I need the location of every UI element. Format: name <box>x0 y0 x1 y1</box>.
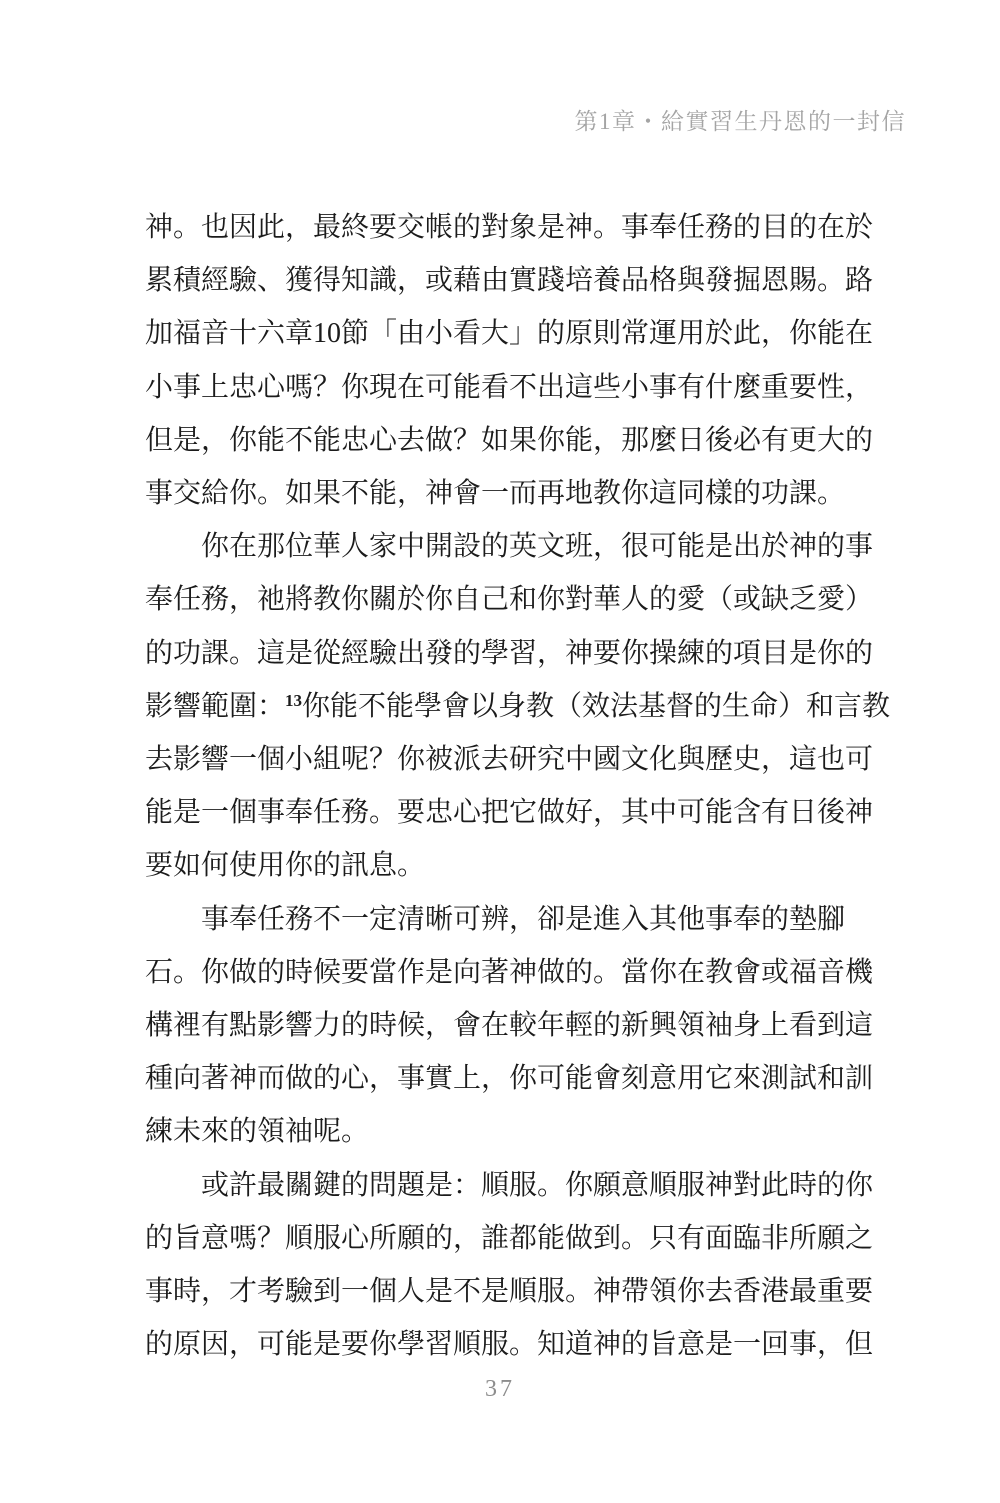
text-line: 要如何使用你的訊息。 <box>145 839 880 892</box>
paragraph: 神。也因此，最終要交帳的對象是神。事奉任務的目的在於累積經驗、獲得知識，或藉由實… <box>145 201 880 520</box>
text-segment: 你能不能學會以身教（效法基督的生命）和言教 <box>302 691 890 722</box>
text-line: 事奉任務不一定清晰可辨，卻是進入其他事奉的墊腳 <box>145 893 880 946</box>
paragraph: 事奉任務不一定清晰可辨，卻是進入其他事奉的墊腳石。你做的時候要當作是向著神做的。… <box>145 893 880 1159</box>
text-line: 事時，才考驗到一個人是不是順服。神帶領你去香港最重要 <box>145 1265 880 1318</box>
text-line: 的原因，可能是要你學習順服。知道神的旨意是一回事，但 <box>145 1318 880 1371</box>
running-header: 第1章・給實習生丹恩的一封信 <box>575 103 907 136</box>
text-line: 奉任務，祂將教你關於你自己和你對華人的愛（或缺乏愛） <box>145 573 880 626</box>
text-line: 但是，你能不能忠心去做？如果你能，那麼日後必有更大的 <box>145 414 880 467</box>
paragraph: 你在那位華人家中開設的英文班，很可能是出於神的事奉任務，祂將教你關於你自己和你對… <box>145 520 880 892</box>
text-line: 你在那位華人家中開設的英文班，很可能是出於神的事 <box>145 520 880 573</box>
text-line: 影響範圍：13你能不能學會以身教（效法基督的生命）和言教 <box>145 680 880 733</box>
text-line: 神。也因此，最終要交帳的對象是神。事奉任務的目的在於 <box>145 201 880 254</box>
text-line: 種向著神而做的心，事實上，你可能會刻意用它來測試和訓 <box>145 1052 880 1105</box>
text-line: 的功課。這是從經驗出發的學習，神要你操練的項目是你的 <box>145 627 880 680</box>
paragraph: 或許最關鍵的問題是：順服。你願意順服神對此時的你的旨意嗎？順服心所願的，誰都能做… <box>145 1159 880 1372</box>
text-segment: 影響範圍： <box>145 691 285 722</box>
text-line: 小事上忠心嗎？你現在可能看不出這些小事有什麼重要性， <box>145 361 880 414</box>
text-line: 的旨意嗎？順服心所願的，誰都能做到。只有面臨非所願之 <box>145 1212 880 1265</box>
text-line: 累積經驗、獲得知識，或藉由實踐培養品格與發掘恩賜。路 <box>145 254 880 307</box>
text-line: 去影響一個小組呢？你被派去研究中國文化與歷史，這也可 <box>145 733 880 786</box>
page-number: 37 <box>0 1376 1000 1403</box>
text-line: 或許最關鍵的問題是：順服。你願意順服神對此時的你 <box>145 1159 880 1212</box>
text-line: 加福音十六章10節「由小看大」的原則常運用於此，你能在 <box>145 307 880 360</box>
text-line: 石。你做的時候要當作是向著神做的。當你在教會或福音機 <box>145 946 880 999</box>
footnote-marker: 13 <box>285 691 302 710</box>
text-line: 事交給你。如果不能，神會一而再地教你這同樣的功課。 <box>145 467 880 520</box>
text-line: 練未來的領袖呢。 <box>145 1105 880 1158</box>
text-line: 能是一個事奉任務。要忠心把它做好，其中可能含有日後神 <box>145 786 880 839</box>
text-line: 構裡有點影響力的時候，會在較年輕的新興領袖身上看到這 <box>145 999 880 1052</box>
book-page: 第1章・給實習生丹恩的一封信 神。也因此，最終要交帳的對象是神。事奉任務的目的在… <box>0 0 1000 1503</box>
body-text: 神。也因此，最終要交帳的對象是神。事奉任務的目的在於累積經驗、獲得知識，或藉由實… <box>145 201 880 1371</box>
